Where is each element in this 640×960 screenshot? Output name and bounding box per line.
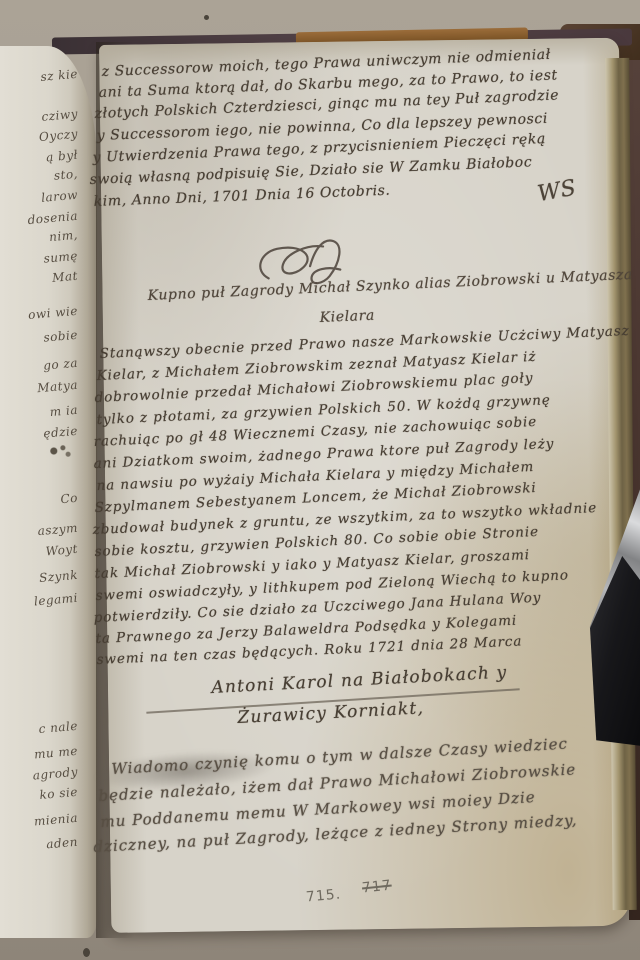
page-number: 715. <box>305 886 341 905</box>
crossed-page-number: 717 <box>361 877 392 896</box>
photo-of-manuscript-book: sz kie cziwy Oyczy ą był sto, larow dose… <box>0 0 640 960</box>
entry-heading-line: Kielara <box>319 308 375 326</box>
dust-speck <box>204 15 209 20</box>
dust-speck <box>83 948 90 957</box>
ink-speck <box>46 443 72 459</box>
